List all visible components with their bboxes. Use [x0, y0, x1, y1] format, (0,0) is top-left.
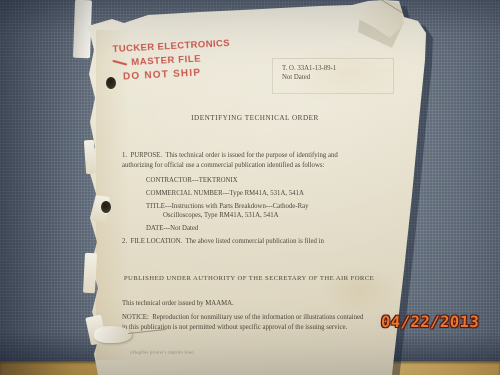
photo-scene: TUCKER ELECTRONICS MASTER FILE DO NOT SH… [0, 0, 500, 375]
to-number: T. O. 33A1-13-89-1 [282, 64, 393, 73]
contractor-line: CONTRACTOR---TEKTRONIX [146, 176, 238, 186]
printer-imprint: (illegible printer's imprint line) [130, 350, 194, 355]
binder-hole [101, 201, 111, 213]
document-title: IDENTIFYING TECHNICAL ORDER [140, 114, 370, 122]
file-location-paragraph: 2. FILE LOCATION. The above listed comme… [122, 237, 394, 247]
torn-paper-curl [94, 326, 132, 343]
to-number-block: T. O. 33A1-13-89-1 Not Dated [272, 58, 394, 94]
camera-timestamp: 04/22/2013 [381, 313, 480, 331]
purpose-paragraph: 1. PURPOSE. This technical order is issu… [122, 151, 370, 170]
torn-edge-chip [83, 253, 97, 294]
title-line-2: Oscilloscopes, Type RM41A, 531A, 541A [163, 211, 279, 221]
to-dated: Not Dated [282, 73, 393, 82]
binder-hole [106, 77, 116, 89]
date-line: DATE---Not Dated [146, 224, 198, 234]
commercial-number-line: COMMERCIAL NUMBER---Type RM41A, 531A, 54… [146, 189, 304, 199]
issued-by-line: This technical order issued by MAAMA. [122, 299, 234, 309]
authority-line: PUBLISHED UNDER AUTHORITY OF THE SECRETA… [116, 275, 382, 282]
